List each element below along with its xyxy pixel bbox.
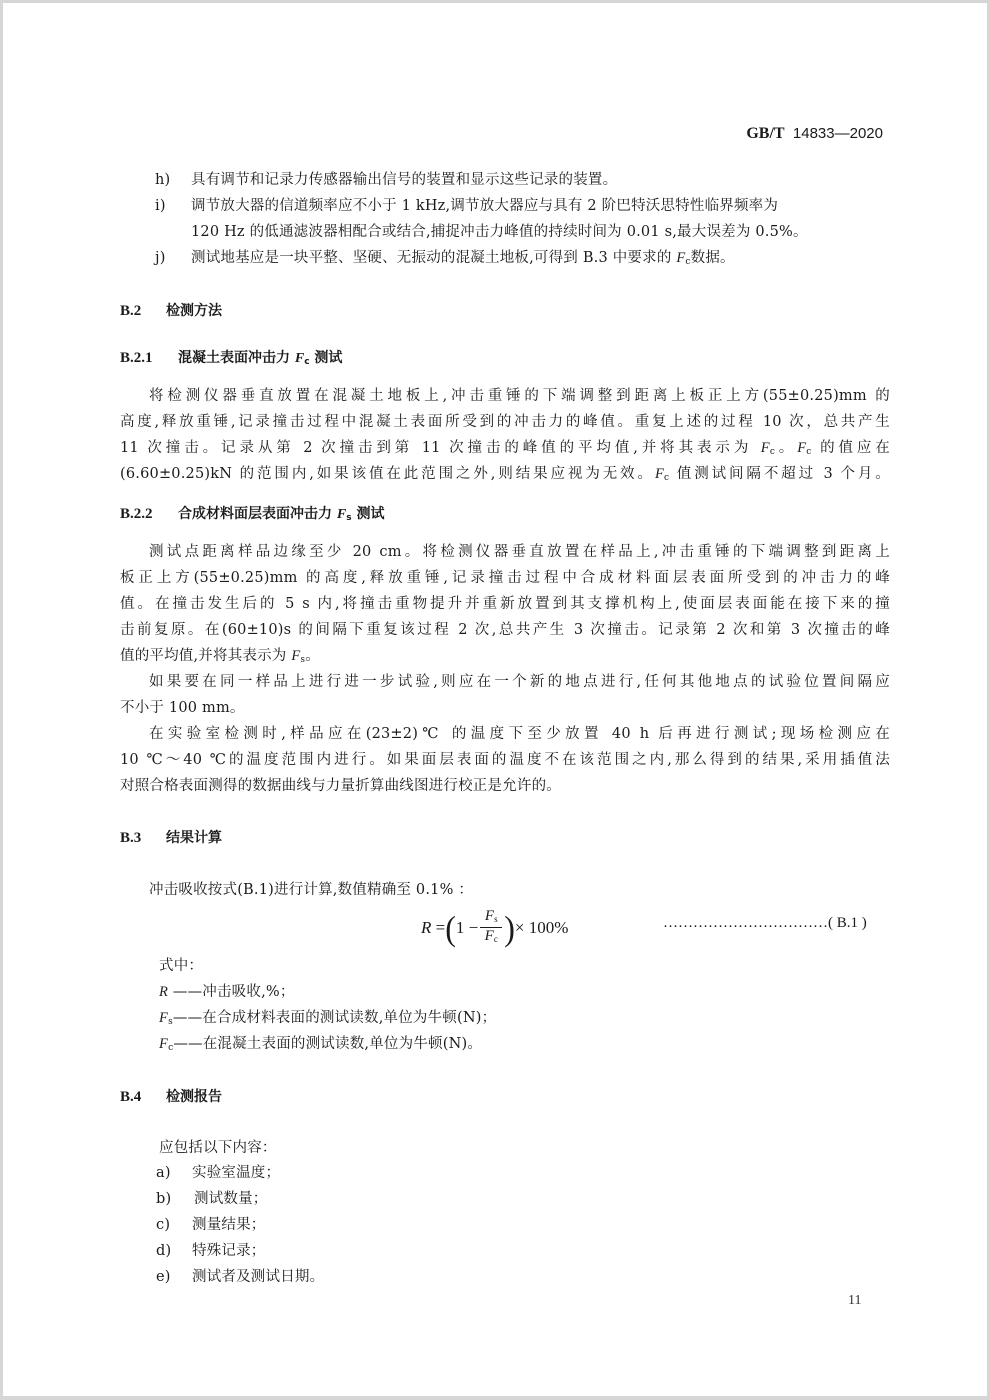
list-item-i: i)调节放大器的信道频率应不小于 1 kHz,调节放大器应与具有 2 阶巴特沃思… xyxy=(155,193,778,219)
where-item-Fc: Fc——在混凝土表面的测试读数,单位为牛顿(N)。 xyxy=(159,1031,482,1061)
section-heading-b4: B.4检测报告 xyxy=(120,1086,222,1106)
left-paren: ( xyxy=(445,910,456,945)
paragraph-b22-3-line2: 10 ℃～40 ℃的温度范围内进行。如果面层表面的温度不在该范围之内,那么得到的… xyxy=(120,747,890,773)
paragraph-b21-line1: 将检测仪器垂直放置在混凝土地板上,冲击重锤的下端调整到距离上板正上方(55±0.… xyxy=(120,383,890,409)
paragraph-b22-line2: 板正上方(55±0.25)mm 的高度,释放重锤,记录撞击过程中合成材料面层表面… xyxy=(120,565,890,591)
variable-R: R xyxy=(421,918,431,938)
section-title: 合成材料面层表面冲击力 xyxy=(178,506,337,522)
standard-header: GB/T 14833—2020 xyxy=(746,125,883,143)
list-item-j: j)测试地基应是一块平整、坚硬、无振动的混凝土地板,可得到 B.3 中要求的 F… xyxy=(155,245,735,275)
standard-prefix: GB/T xyxy=(746,125,784,142)
paragraph-b22-2-line1: 如果要在同一样品上进行进一步试验,则应在一个新的地点进行,任何其他地点的试验位置… xyxy=(120,669,890,695)
where-label: 式中： xyxy=(159,953,203,979)
section-heading-b3: B.3结果计算 xyxy=(120,827,222,847)
document-page: GB/T 14833—2020 h)具有调节和记录力传感器输出信号的装置和显示这… xyxy=(3,3,987,1396)
list-label: i) xyxy=(155,193,191,219)
paragraph-b21-line4: (6.60±0.25)kN 的范围内,如果该值在此范围之外,则结果应视为无效。F… xyxy=(120,461,890,491)
list-item-h: h)具有调节和记录力传感器输出信号的装置和显示这些记录的装置。 xyxy=(155,167,617,193)
report-item-b: b)测试数量； xyxy=(156,1186,268,1212)
report-item-e: e)测试者及测试日期。 xyxy=(156,1264,324,1290)
paragraph-b21-line2: 高度,释放重锤,记录撞击过程中混凝土表面所受到的冲击力的峰值。重复上述的过程 1… xyxy=(120,409,890,435)
section-heading-b22: B.2.2合成材料面层表面冲击力 Fs 测试 xyxy=(120,503,384,523)
list-item-i-continued: 120 Hz 的低通滤波器相配合或结合,捕捉冲击力峰值的持续时间为 0.01 s… xyxy=(191,219,808,245)
variable-F: F xyxy=(337,507,346,522)
paragraph-b22-line3: 值。在撞击发生后的 5 s 内,将撞击重物提升并重新放置到其支撑机构上,使面层表… xyxy=(120,591,890,617)
list-text: 120 Hz 的低通滤波器相配合或结合,捕捉冲击力峰值的持续时间为 0.01 s… xyxy=(191,224,808,240)
section-title: 检测报告 xyxy=(166,1089,222,1105)
paragraph-b22-3-line3: 对照合格表面测得的数据曲线与力量折算曲线图进行校正是允许的。 xyxy=(120,773,890,799)
section-number: B.2 xyxy=(120,303,166,320)
formula-intro: 冲击吸收按式(B.1)进行计算,数值精确至 0.1% ： xyxy=(149,877,473,903)
list-text: 测试地基应是一块平整、坚硬、无振动的混凝土地板,可得到 B.3 中要求的 xyxy=(191,250,676,266)
report-item-c: c)测量结果； xyxy=(156,1212,266,1238)
section-title: 结果计算 xyxy=(166,830,222,846)
report-item-d: d)特殊记录； xyxy=(156,1238,266,1264)
variable-F: F xyxy=(295,351,304,366)
page-number: 11 xyxy=(848,1293,861,1309)
list-label: j) xyxy=(155,245,191,271)
paragraph-b22-2-line2: 不小于 100 mm。 xyxy=(120,695,890,721)
section-heading-b21: B.2.1混凝土表面冲击力 Fc 测试 xyxy=(120,347,342,367)
section-title: 测试 xyxy=(352,506,385,522)
paragraph-b22-line1: 测试点距离样品边缘至少 20 cm。将检测仪器垂直放置在样品上,冲击重锤的下端调… xyxy=(120,539,890,565)
list-label: h) xyxy=(155,167,191,193)
right-paren: ) xyxy=(504,910,515,945)
section-title: 测试 xyxy=(310,350,343,366)
section-title: 混凝土表面冲击力 xyxy=(178,350,295,366)
section-number: B.2.2 xyxy=(120,506,178,523)
section-number: B.2.1 xyxy=(120,350,178,367)
list-text: 数据。 xyxy=(691,250,735,266)
section-title: 检测方法 xyxy=(166,303,222,319)
fraction: Fs Fc xyxy=(480,908,502,947)
section-number: B.3 xyxy=(120,830,166,847)
list-text: 具有调节和记录力传感器输出信号的装置和显示这些记录的装置。 xyxy=(191,172,617,188)
list-text: 调节放大器的信道频率应不小于 1 kHz,调节放大器应与具有 2 阶巴特沃思特性… xyxy=(191,198,778,214)
paragraph-b22-line4: 击前复原。在(60±10)s 的间隔下重复该过程 2 次,总共产生 3 次撞击。… xyxy=(120,617,890,643)
formula-b1: R = ( 1 − Fs Fc ) × 100% xyxy=(421,908,568,947)
section-number: B.4 xyxy=(120,1089,166,1106)
paragraph-b22-3-line1: 在实验室检测时,样品应在(23±2)℃ 的温度下至少放置 40 h 后再进行测试… xyxy=(120,721,890,747)
standard-number: 14833—2020 xyxy=(793,125,883,142)
report-intro: 应包括以下内容： xyxy=(159,1135,277,1161)
section-heading-b2: B.2检测方法 xyxy=(120,300,222,320)
report-item-a: a)实验室温度； xyxy=(156,1160,280,1186)
equation-reference: ……………………………( B.1 ) xyxy=(663,915,867,932)
